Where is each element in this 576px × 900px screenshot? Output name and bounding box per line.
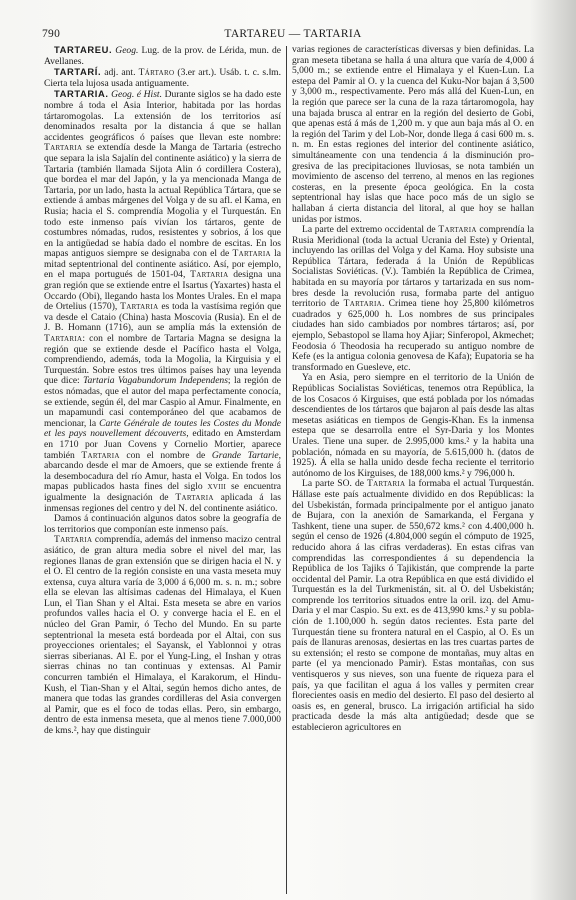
italic-text: Geog.: [115, 45, 138, 56]
body-text: varias regiones de características diver…: [292, 44, 534, 225]
body-text: Ya en Asia, pero siempre en el territori…: [292, 372, 534, 478]
entry-tartari: TARTARÍ. adj. ant. Tártaro (3.er art.). …: [44, 67, 281, 89]
page-header: 790 TARTAREU — TARTARIA: [42, 28, 544, 44]
small-caps-text: Tártaro: [139, 67, 175, 78]
body-text: la formaba el actual Tur­questán. Hállas…: [292, 478, 534, 733]
paragraph-western-tartaria: La parte del extremo occidental de Tarta…: [292, 225, 534, 373]
encyclopedia-page: 790 TARTAREU — TARTARIA TARTAREU. Geog. …: [0, 0, 576, 900]
paragraph-regions: varias regiones de características diver…: [292, 45, 534, 225]
small-caps-text: Tartaria: [367, 478, 405, 489]
running-head: TARTAREU — TARTARIA: [42, 28, 544, 40]
paragraph-geography-intro: Damos á continuación algunos datos sobre…: [44, 514, 281, 535]
paragraph-kirguises: Ya en Asia, pero siempre en el territori…: [292, 373, 534, 479]
body-text: adj. ant.: [101, 67, 138, 78]
small-caps-text: Tartaria: [44, 142, 82, 153]
right-column: varias regiones de características diver…: [292, 45, 534, 734]
body-text: se extendía desde la Man­ga de Tartaria …: [44, 142, 281, 259]
small-caps-text: Tartaria: [54, 534, 92, 545]
left-column: TARTAREU. Geog. Lug. de la prov. de Léri…: [44, 45, 281, 737]
small-caps-text: Tartaria: [190, 269, 228, 280]
small-caps-text: Tartaria: [438, 224, 476, 235]
italic-text: Grande Tartarie: [212, 450, 279, 461]
body-text: . Crimea tiene hoy 25,800 kilómetros cua…: [292, 298, 534, 373]
small-caps-text: Tartaria: [81, 450, 119, 461]
headword: TARTAREU.: [54, 44, 112, 55]
headword: TARTARIA.: [54, 88, 109, 99]
small-caps-text: Tartaria: [344, 298, 382, 309]
body-text: com­prendía la Rusia Meridional (toda la…: [292, 224, 534, 309]
small-caps-text: Tartaria: [175, 492, 213, 503]
small-caps-text: Tartaria: [44, 333, 82, 344]
body-text: Damos á continuación algunos datos sobre…: [44, 513, 281, 535]
body-text: con el nombre de: [120, 450, 212, 461]
entry-tartareu: TARTAREU. Geog. Lug. de la prov. de Léri…: [44, 45, 281, 67]
small-caps-text: xviii: [208, 481, 227, 492]
paragraph-central-massif: Tartaria comprendía, además del inmenso …: [44, 535, 281, 736]
small-caps-text: Tartaria: [120, 301, 158, 312]
italic-text: Geog. é Hist.: [111, 89, 162, 100]
column-divider: [286, 46, 287, 894]
italic-text: Tartaria Vagabundorum Independens: [83, 375, 228, 386]
body-text: La parte SO. de: [302, 478, 367, 489]
body-text: La parte del extremo occidental de: [302, 224, 438, 235]
entry-tartaria: TARTARIA. Geog. é Hist. Durante siglos s…: [44, 89, 281, 514]
body-text: comprendía, además del inmenso macizo ce…: [44, 534, 281, 736]
paragraph-turquestan: La parte SO. de Tartaria la formaba el a…: [292, 479, 534, 733]
small-caps-text: Tartaria: [233, 248, 271, 259]
headword: TARTARÍ.: [54, 66, 101, 77]
